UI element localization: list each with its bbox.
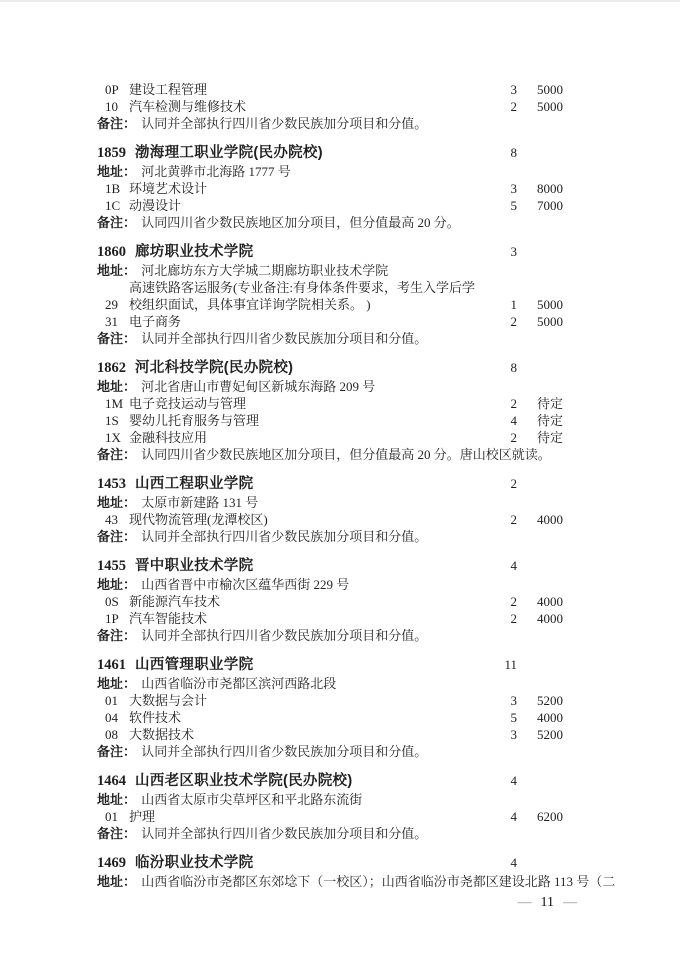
major-row: 10 汽车检测与维修技术 2 5000	[97, 98, 563, 115]
address-text: 太原市新建路 131 号	[141, 495, 258, 510]
major-code: 1P	[105, 610, 129, 627]
major-list: 43 现代物流管理(龙潭校区) 2 4000	[97, 511, 563, 528]
major-row: 1P 汽车智能技术 2 4000	[97, 610, 563, 627]
school-section: 1862 河北科技学院(民办院校) 8 地址： 河北省唐山市曹妃甸区新城东海路 …	[97, 358, 563, 463]
major-row: 1X 金融科技应用 2 待定	[97, 429, 563, 446]
major-fee: 4000	[517, 610, 563, 627]
school-header-row: 1461 山西管理职业学院 11	[97, 655, 563, 675]
school-name: 山西老区职业技术学院(民办院校)	[135, 772, 491, 791]
major-name: 现代物流管理(龙潭校区)	[129, 511, 491, 528]
major-plan-count: 4	[491, 808, 517, 825]
address-label: 地址：	[97, 874, 136, 889]
major-fee: 待定	[517, 412, 563, 429]
major-name: 新能源汽车技术	[129, 593, 491, 610]
major-list: 1M 电子竞技运动与管理 2 待定 1S 婴幼儿托育服务与管理 4 待定 1X …	[97, 395, 563, 446]
major-row: 31 电子商务 2 5000	[97, 313, 563, 330]
major-fee: 待定	[517, 395, 563, 412]
address-text: 山西省临汾市尧都区东郊埝下（一校区）；山西省临汾市尧都区建设北路 113 号（二	[141, 874, 615, 889]
major-fee: 8000	[517, 180, 563, 197]
school-code: 1859	[97, 144, 126, 163]
note-label: 备注：	[97, 744, 136, 759]
note-text: 认同并全部执行四川省少数民族加分项目和分值。	[141, 529, 427, 544]
school-section: 1461 山西管理职业学院 11 地址： 山西省临汾市尧都区滨河西路北段 01 …	[97, 655, 563, 760]
school-note-row: 备注： 认同并全部执行四川省少数民族加分项目和分值。	[97, 115, 563, 132]
school-note-row: 备注： 认同四川省少数民族地区加分项目，但分值最高 20 分。	[97, 214, 563, 231]
major-code: 1C	[105, 197, 129, 214]
major-code: 1B	[105, 180, 129, 197]
school-section: 1453 山西工程职业学院 2 地址： 太原市新建路 131 号 43 现代物流…	[97, 474, 563, 545]
school-plan-count: 4	[491, 771, 517, 790]
school-code: 1461	[97, 656, 126, 675]
major-code: 1M	[105, 395, 129, 412]
school-name: 山西管理职业学院	[135, 656, 491, 675]
major-row: 1C 动漫设计 5 7000	[97, 197, 563, 214]
school-code: 1464	[97, 772, 126, 791]
note-label: 备注：	[97, 116, 136, 131]
major-code: 0P	[105, 81, 129, 98]
footer-dash-left: —	[518, 895, 532, 910]
major-plan-count: 1	[491, 296, 517, 313]
major-name: 汽车检测与维修技术	[129, 98, 491, 115]
major-code: 08	[105, 726, 129, 743]
major-row: 29 高速铁路客运服务(专业备注:有身体条件要求，考生入学后学校组织面试，具体事…	[97, 279, 563, 313]
major-plan-count: 3	[491, 81, 517, 98]
note-text: 认同四川省少数民族地区加分项目，但分值最高 20 分。唐山校区就读。	[141, 447, 551, 462]
major-fee: 5000	[517, 98, 563, 115]
school-plan-count: 8	[491, 358, 517, 377]
major-row: 0S 新能源汽车技术 2 4000	[97, 593, 563, 610]
note-text: 认同并全部执行四川省少数民族加分项目和分值。	[141, 744, 427, 759]
major-list: 1B 环境艺术设计 3 8000 1C 动漫设计 5 7000	[97, 180, 563, 214]
major-fee: 4000	[517, 593, 563, 610]
school-name: 渤海理工职业学院(民办院校)	[135, 144, 491, 163]
major-fee: 5200	[517, 726, 563, 743]
note-text: 认同并全部执行四川省少数民族加分项目和分值。	[141, 331, 427, 346]
major-list: 01 大数据与会计 3 5200 04 软件技术 5 4000 08 大数据技术…	[97, 692, 563, 743]
major-fee: 5000	[517, 81, 563, 98]
major-code: 0S	[105, 593, 129, 610]
major-plan-count: 3	[491, 692, 517, 709]
school-code: 1455	[97, 557, 126, 576]
school-note-row: 备注： 认同并全部执行四川省少数民族加分项目和分值。	[97, 330, 563, 347]
major-name: 环境艺术设计	[129, 180, 491, 197]
school-address-row: 地址： 山西省晋中市榆次区蕴华西街 229 号	[97, 576, 563, 593]
major-list: 0S 新能源汽车技术 2 4000 1P 汽车智能技术 2 4000	[97, 593, 563, 627]
address-label: 地址：	[97, 676, 136, 691]
school-list: 0P 建设工程管理 3 5000 10 汽车检测与维修技术 2 5000 备注：…	[97, 81, 563, 890]
major-row: 43 现代物流管理(龙潭校区) 2 4000	[97, 511, 563, 528]
note-text: 认同并全部执行四川省少数民族加分项目和分值。	[141, 826, 427, 841]
address-label: 地址：	[97, 577, 136, 592]
major-plan-count: 5	[491, 197, 517, 214]
school-section: 1464 山西老区职业技术学院(民办院校) 4 地址： 山西省太原市尖草坪区和平…	[97, 771, 563, 842]
school-header-row: 1860 廊坊职业技术学院 3	[97, 242, 563, 262]
note-label: 备注：	[97, 215, 136, 230]
major-name: 护理	[129, 808, 491, 825]
major-name: 大数据与会计	[129, 692, 491, 709]
major-row: 1S 婴幼儿托育服务与管理 4 待定	[97, 412, 563, 429]
major-fee: 待定	[517, 429, 563, 446]
major-plan-count: 2	[491, 429, 517, 446]
major-name: 婴幼儿托育服务与管理	[129, 412, 491, 429]
note-text: 认同并全部执行四川省少数民族加分项目和分值。	[141, 628, 427, 643]
major-code: 04	[105, 709, 129, 726]
address-text: 河北廊坊东方大学城二期廊坊职业技术学院	[141, 263, 388, 278]
school-code: 1453	[97, 475, 126, 494]
major-plan-count: 4	[491, 412, 517, 429]
school-plan-count: 3	[491, 242, 517, 261]
major-name: 电子商务	[129, 313, 491, 330]
major-plan-count: 2	[491, 610, 517, 627]
major-row: 01 大数据与会计 3 5200	[97, 692, 563, 709]
school-code: 1860	[97, 243, 126, 262]
major-code: 29	[105, 296, 129, 313]
major-code: 1X	[105, 429, 129, 446]
major-row: 0P 建设工程管理 3 5000	[97, 81, 563, 98]
address-text: 河北黄骅市北海路 1777 号	[141, 164, 291, 179]
major-plan-count: 3	[491, 180, 517, 197]
major-plan-count: 2	[491, 313, 517, 330]
school-name: 晋中职业技术学院	[135, 557, 491, 576]
school-address-row: 地址： 太原市新建路 131 号	[97, 494, 563, 511]
note-label: 备注：	[97, 447, 136, 462]
major-list: 0P 建设工程管理 3 5000 10 汽车检测与维修技术 2 5000	[97, 81, 563, 115]
major-fee: 4000	[517, 709, 563, 726]
note-text: 认同并全部执行四川省少数民族加分项目和分值。	[141, 116, 427, 131]
major-plan-count: 2	[491, 395, 517, 412]
school-plan-count: 4	[491, 853, 517, 872]
school-plan-count: 2	[491, 474, 517, 493]
major-name: 高速铁路客运服务(专业备注:有身体条件要求，考生入学后学校组织面试，具体事宜详询…	[129, 279, 491, 313]
major-code: 10	[105, 98, 129, 115]
major-fee: 6200	[517, 808, 563, 825]
major-name: 动漫设计	[129, 197, 491, 214]
school-section: 1469 临汾职业技术学院 4 地址： 山西省临汾市尧都区东郊埝下（一校区）；山…	[97, 853, 563, 890]
school-note-row: 备注： 认同并全部执行四川省少数民族加分项目和分值。	[97, 528, 563, 545]
school-address-row: 地址： 山西省临汾市尧都区东郊埝下（一校区）；山西省临汾市尧都区建设北路 113…	[97, 873, 563, 890]
major-list: 29 高速铁路客运服务(专业备注:有身体条件要求，考生入学后学校组织面试，具体事…	[97, 279, 563, 330]
school-section: 1455 晋中职业技术学院 4 地址： 山西省晋中市榆次区蕴华西街 229 号 …	[97, 556, 563, 644]
major-code: 43	[105, 511, 129, 528]
school-header-row: 1862 河北科技学院(民办院校) 8	[97, 358, 563, 378]
address-label: 地址：	[97, 792, 136, 807]
major-plan-count: 3	[491, 726, 517, 743]
major-row: 08 大数据技术 3 5200	[97, 726, 563, 743]
major-plan-count: 5	[491, 709, 517, 726]
school-address-row: 地址： 河北黄骅市北海路 1777 号	[97, 163, 563, 180]
address-label: 地址：	[97, 379, 136, 394]
major-row: 1M 电子竞技运动与管理 2 待定	[97, 395, 563, 412]
school-note-row: 备注： 认同四川省少数民族地区加分项目，但分值最高 20 分。唐山校区就读。	[97, 446, 563, 463]
major-row: 04 软件技术 5 4000	[97, 709, 563, 726]
major-plan-count: 2	[491, 98, 517, 115]
note-text: 认同四川省少数民族地区加分项目，但分值最高 20 分。	[141, 215, 460, 230]
school-plan-count: 11	[491, 655, 517, 674]
school-address-row: 地址： 河北省唐山市曹妃甸区新城东海路 209 号	[97, 378, 563, 395]
school-name: 河北科技学院(民办院校)	[135, 359, 491, 378]
major-name: 电子竞技运动与管理	[129, 395, 491, 412]
school-code: 1469	[97, 854, 126, 873]
address-text: 山西省晋中市榆次区蕴华西街 229 号	[141, 577, 349, 592]
address-label: 地址：	[97, 495, 136, 510]
school-code: 1862	[97, 359, 126, 378]
major-code: 1S	[105, 412, 129, 429]
school-section: 1859 渤海理工职业学院(民办院校) 8 地址： 河北黄骅市北海路 1777 …	[97, 143, 563, 231]
school-header-row: 1455 晋中职业技术学院 4	[97, 556, 563, 576]
address-text: 河北省唐山市曹妃甸区新城东海路 209 号	[141, 379, 375, 394]
school-name: 临汾职业技术学院	[135, 854, 491, 873]
note-label: 备注：	[97, 529, 136, 544]
address-label: 地址：	[97, 263, 136, 278]
page-number: 11	[541, 895, 554, 910]
major-fee: 5000	[517, 296, 563, 313]
school-note-row: 备注： 认同并全部执行四川省少数民族加分项目和分值。	[97, 825, 563, 842]
school-plan-count: 4	[491, 556, 517, 575]
note-label: 备注：	[97, 826, 136, 841]
major-name: 汽车智能技术	[129, 610, 491, 627]
note-label: 备注：	[97, 331, 136, 346]
address-text: 山西省临汾市尧都区滨河西路北段	[141, 676, 336, 691]
major-fee: 5000	[517, 313, 563, 330]
major-name: 软件技术	[129, 709, 491, 726]
note-label: 备注：	[97, 628, 136, 643]
major-name: 金融科技应用	[129, 429, 491, 446]
major-plan-count: 2	[491, 593, 517, 610]
school-section: 1860 廊坊职业技术学院 3 地址： 河北廊坊东方大学城二期廊坊职业技术学院 …	[97, 242, 563, 347]
school-section: 0P 建设工程管理 3 5000 10 汽车检测与维修技术 2 5000 备注：…	[97, 81, 563, 132]
major-row: 01 护理 4 6200	[97, 808, 563, 825]
major-fee: 7000	[517, 197, 563, 214]
school-header-row: 1859 渤海理工职业学院(民办院校) 8	[97, 143, 563, 163]
school-header-row: 1464 山西老区职业技术学院(民办院校) 4	[97, 771, 563, 791]
school-note-row: 备注： 认同并全部执行四川省少数民族加分项目和分值。	[97, 627, 563, 644]
major-name: 建设工程管理	[129, 81, 491, 98]
school-header-row: 1453 山西工程职业学院 2	[97, 474, 563, 494]
school-address-row: 地址： 河北廊坊东方大学城二期廊坊职业技术学院	[97, 262, 563, 279]
school-name: 廊坊职业技术学院	[135, 243, 491, 262]
major-code: 01	[105, 692, 129, 709]
major-list: 01 护理 4 6200	[97, 808, 563, 825]
school-note-row: 备注： 认同并全部执行四川省少数民族加分项目和分值。	[97, 743, 563, 760]
school-header-row: 1469 临汾职业技术学院 4	[97, 853, 563, 873]
school-plan-count: 8	[491, 143, 517, 162]
major-plan-count: 2	[491, 511, 517, 528]
page-footer: —11—	[0, 895, 680, 911]
school-address-row: 地址： 山西省临汾市尧都区滨河西路北段	[97, 675, 563, 692]
school-name: 山西工程职业学院	[135, 475, 491, 494]
major-code: 31	[105, 313, 129, 330]
major-fee: 5200	[517, 692, 563, 709]
address-text: 山西省太原市尖草坪区和平北路东流街	[141, 792, 362, 807]
footer-dash-right: —	[563, 895, 577, 910]
school-address-row: 地址： 山西省太原市尖草坪区和平北路东流街	[97, 791, 563, 808]
major-name: 大数据技术	[129, 726, 491, 743]
major-fee: 4000	[517, 511, 563, 528]
major-row: 1B 环境艺术设计 3 8000	[97, 180, 563, 197]
document-page: 0P 建设工程管理 3 5000 10 汽车检测与维修技术 2 5000 备注：…	[0, 0, 680, 961]
address-label: 地址：	[97, 164, 136, 179]
major-code: 01	[105, 808, 129, 825]
